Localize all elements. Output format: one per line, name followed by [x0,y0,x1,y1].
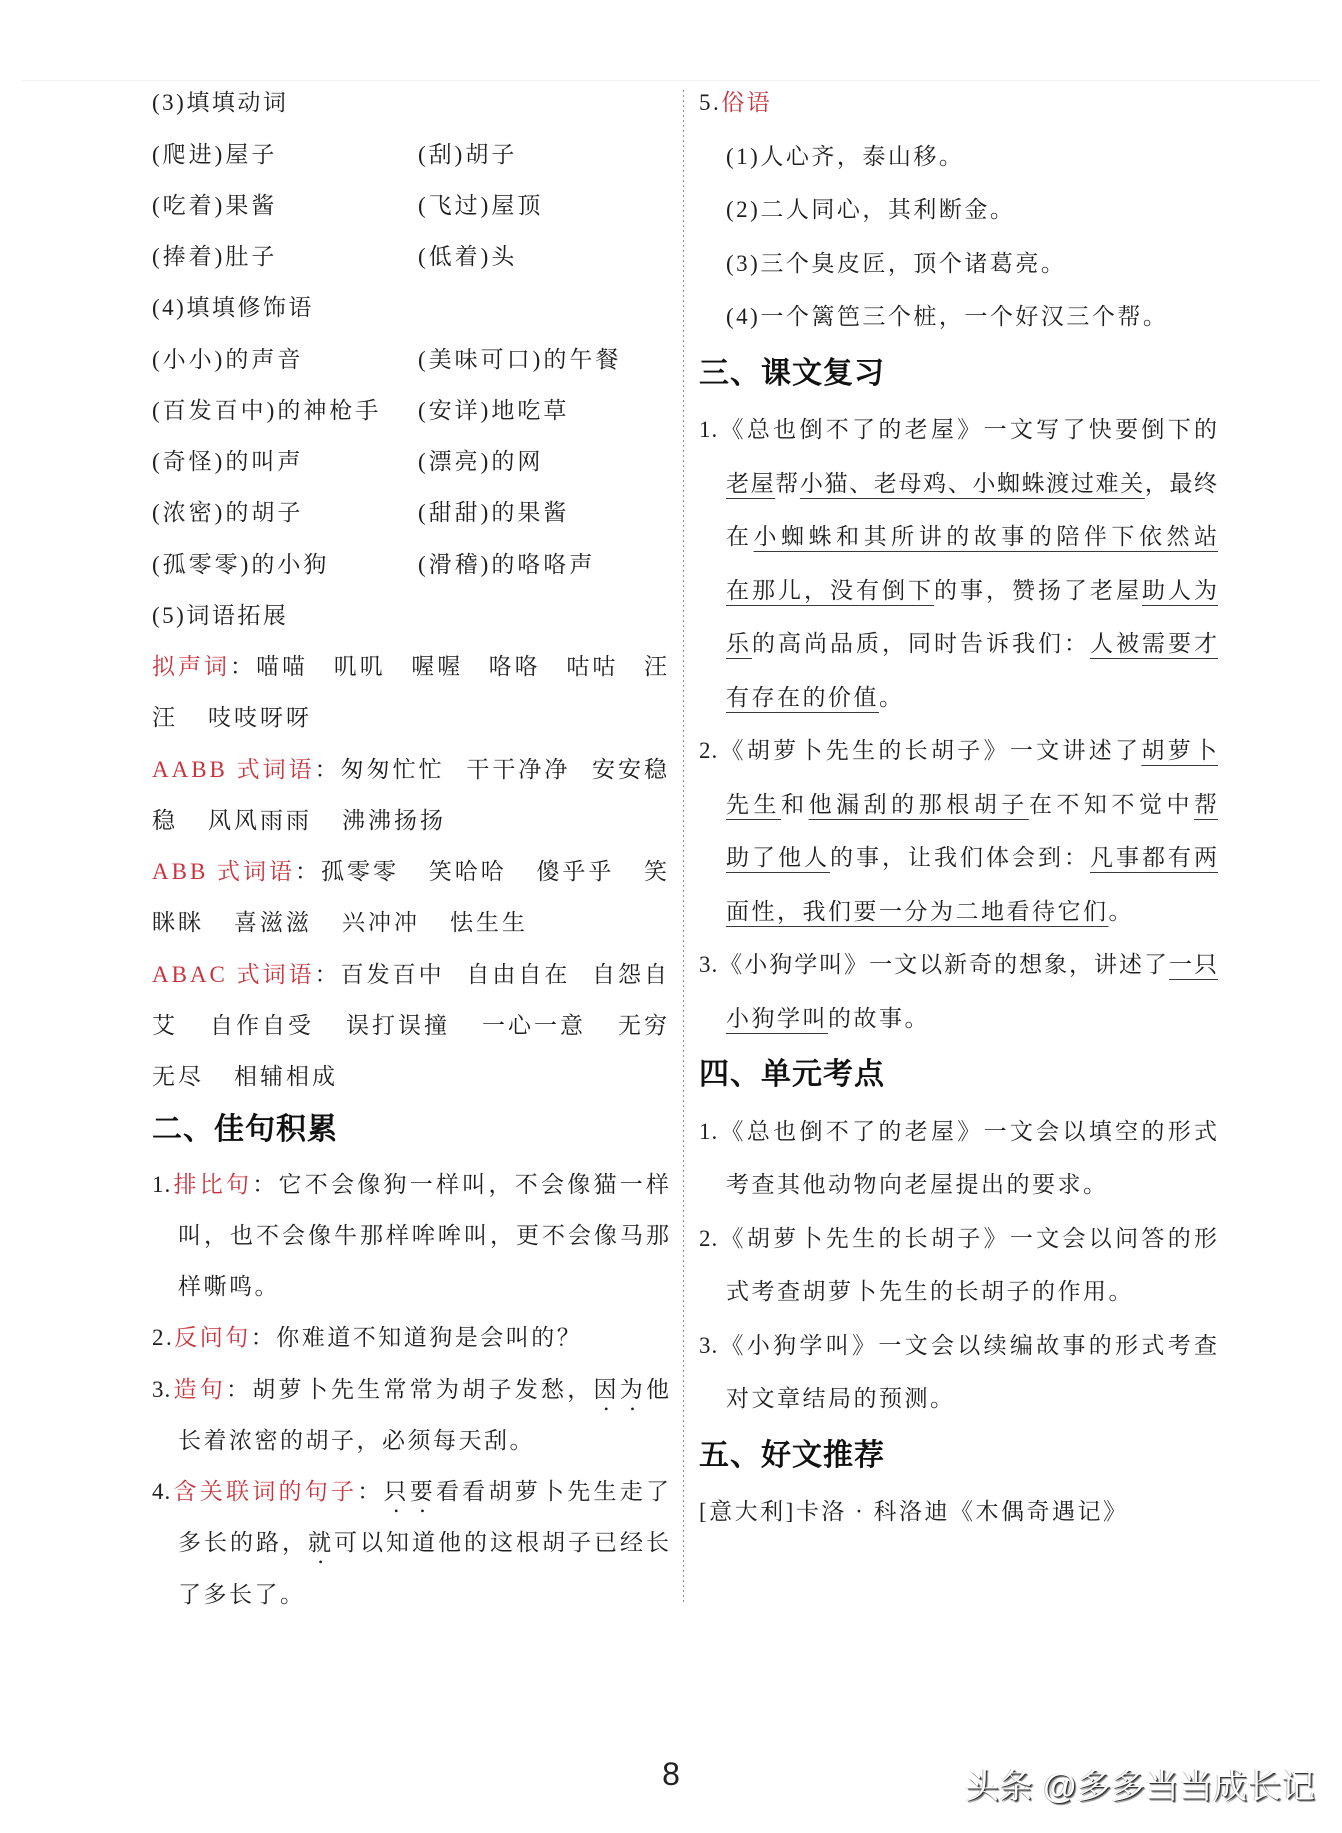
modifier-phrase: (美味可口)的午餐 [418,334,621,385]
exam-point-line: 考查其他动物向老屋提出的要求。 [699,1158,1218,1212]
sentence-line: 2.反问句：你难道不知道狗是会叫的？ [152,1312,670,1363]
verb-phrase: (低着)头 [418,231,517,282]
emphasized-word: 因为 [594,1377,647,1402]
answer-underlined: 乐 [726,631,752,656]
word: 汪 [152,692,178,743]
word-list-line: 稳 风风雨雨 沸沸扬扬 [152,795,670,846]
verb-phrase: (飞过)屋顶 [418,180,543,231]
verb-phrase: (捧着)肚子 [152,231,277,282]
sentence-text: 叫，也不会像牛那样哞哞叫，更不会像马那 [178,1223,670,1248]
answer-underlined: 先生 [726,792,781,817]
review-text: 在 [726,524,754,549]
exam-point-line: 对文章结局的预测。 [699,1372,1218,1426]
word: 兴冲冲 [342,897,420,948]
verb-phrase: (吃着)果酱 [152,180,277,231]
word: 安安稳 [592,744,670,795]
modifier-phrase: (百发百中)的神枪手 [152,385,381,436]
item-number: 4. [152,1479,171,1504]
proverb-item: (2)二人同心，其利断金。 [699,183,1218,237]
answer-underlined: 小猫、老母鸡、小蜘蛛渡过难关 [800,471,1145,496]
word-group-label: 拟声词 [152,654,230,679]
word: 自作自受 [210,1000,314,1051]
sentence-text: ：你难道不知道狗是会叫的？ [251,1325,583,1350]
word-list-line: AABB 式词语：匆匆忙忙 干干净净 安安稳 [152,744,670,795]
colon: ： [295,859,321,884]
review-line: 面性，我们要一分为二地看待它们。 [699,885,1218,939]
sentence-line: 1.排比句：它不会像狗一样叫，不会像猫一样 [152,1159,670,1210]
word: 艾 [152,1000,178,1051]
sentence-text: 了多长了。 [178,1582,306,1607]
item-number: 5. [699,90,721,115]
sentence-line: 3.造句：胡萝卜先生常常为胡子发愁，因为他 [152,1364,670,1415]
subsection-title-fill-verbs: (3)填填动词 [152,77,670,128]
item-number: 1. [699,1119,718,1144]
sentence-text: ： [357,1479,383,1504]
item-number: 3. [152,1377,171,1402]
answer-underlined: 助了他人 [726,845,830,870]
word-list-line: ABB 式词语：孤零零 笑哈哈 傻乎乎 笑 [152,846,670,897]
modifier-pair-row: (小小)的声音 (美味可口)的午餐 [152,334,670,385]
word-list-line: 拟声词：喵喵 叽叽 喔喔 咯咯 咕咕 汪 [152,641,670,692]
sentence-line: 4.含关联词的句子：只要看看胡萝卜先生走了 [152,1466,670,1517]
exam-point-line: 2.《胡萝卜先生的长胡子》一文会以问答的形 [699,1212,1218,1266]
section-heading-recommendation: 五、好文推荐 [699,1426,1218,1486]
review-text: 的事，让我们体会到： [830,845,1090,870]
answer-underlined: 助人为 [1142,578,1218,603]
word: 风风雨雨 [208,795,312,846]
review-line: 在小蜘蛛和其所讲的故事的陪伴下依然站 [699,510,1218,564]
word-group-label: AABB 式词语 [152,757,315,782]
answer-underlined: 一只 [1169,952,1218,977]
answer-underlined: 有存在的价值 [726,685,879,710]
word: 咯咯 [489,641,541,692]
exam-point-line: 式考查胡萝卜先生的长胡子的作用。 [699,1265,1218,1319]
word: 百发百中 [341,962,445,987]
review-text: 《总也倒不了的老屋》一文写了快要倒下的 [718,417,1218,442]
modifier-phrase: (甜甜)的果酱 [418,487,569,538]
item-number: 2. [699,1226,718,1251]
modifier-phrase: (浓密)的胡子 [152,487,303,538]
word-group-label: ABB 式词语 [152,859,295,884]
answer-underlined: 人被需要才 [1090,631,1218,656]
sentence-type-label: 含关联词的句子 [171,1479,357,1504]
modifier-phrase: (奇怪)的叫声 [152,436,303,487]
section-heading-text-review: 三、课文复习 [699,344,1218,404]
word-list-line: ABAC 式词语：百发百中 自由自在 自怨自 [152,949,670,1000]
watermark: 头条 @多多当当成长记 [965,1770,1315,1804]
verb-phrase: (爬进)屋子 [152,129,277,180]
left-column: (3)填填动词 (爬进)屋子 (刮)胡子 (吃着)果酱 (飞过)屋顶 (捧着)肚… [152,77,670,1619]
review-text: 的事，赞扬了老屋 [934,578,1142,603]
colon: ： [315,962,341,987]
word-group-head: 拟声词：喵喵 [152,641,308,692]
exam-point-line: 1.《总也倒不了的老屋》一文会以填空的形式 [699,1105,1218,1159]
sentence-type-label: 反问句 [174,1325,251,1350]
review-line: 2.《胡萝卜先生的长胡子》一文讲述了胡萝卜 [699,724,1218,778]
word: 干干净净 [466,744,570,795]
word: 叽叽 [334,641,386,692]
modifier-pair-row: (孤零零)的小狗 (滑稽)的咯咯声 [152,539,670,590]
word: 无穷 [618,1000,670,1051]
answer-underlined: 帮 [1194,792,1218,817]
sentence-line: 样嘶鸣。 [152,1261,670,1312]
word-group-head: AABB 式词语：匆匆忙忙 [152,744,445,795]
emphasized-word: 就 [308,1530,334,1555]
review-text: 的高尚品质，同时告诉我们： [752,631,1090,656]
review-line: 在那儿，没有倒下的事，赞扬了老屋助人为 [699,564,1218,618]
word-list-line: 汪 吱吱呀呀 [152,692,670,743]
sentence-text: ：胡萝卜先生常常为胡子发愁， [226,1377,594,1402]
section-heading-sentences: 二、佳句积累 [152,1102,670,1158]
review-line: 老屋帮小猫、老母鸡、小蜘蛛渡过难关，最终 [699,457,1218,511]
word: 匆匆忙忙 [341,757,445,782]
answer-underlined: 老屋 [726,471,775,496]
item-number: 2. [699,738,718,763]
review-text: 的故事。 [828,1006,930,1031]
proverb-item: (4)一个篱笆三个桩，一个好汉三个帮。 [699,290,1218,344]
review-line: 乐的高尚品质，同时告诉我们：人被需要才 [699,617,1218,671]
word: 汪 [644,641,670,692]
review-line: 小狗学叫的故事。 [699,992,1218,1046]
verb-phrase: (刮)胡子 [418,129,517,180]
item-number: 3. [699,1333,718,1358]
word: 无尽 [152,1051,204,1102]
exam-point-line: 3.《小狗学叫》一文会以续编故事的形式考查 [699,1319,1218,1373]
review-text: 和 [781,792,809,817]
word-list-line: 眯眯 喜滋滋 兴冲冲 怯生生 [152,897,670,948]
word-list-line: 艾 自作自受 误打误撞 一心一意 无穷 [152,1000,670,1051]
word: 怯生生 [450,897,528,948]
proverbs-label: 俗语 [721,90,772,115]
word: 吱吱呀呀 [208,692,312,743]
modifier-phrase: (孤零零)的小狗 [152,539,329,590]
word: 咕咕 [566,641,618,692]
answer-underlined: 小蜘蛛和其所讲的故事的陪伴下依然站 [754,524,1218,549]
word-group-head: ABB 式词语：孤零零 [152,846,399,897]
item-number: 2. [152,1325,174,1350]
review-text: 。 [879,685,905,710]
subsection-title-word-expansion: (5)词语拓展 [152,590,670,641]
sentence-line: 了多长了。 [152,1569,670,1620]
sentence-type-label: 造句 [171,1377,226,1402]
item-number: 3. [699,952,718,977]
sentence-line: 多长的路，就可以知道他的这根胡子已经长 [152,1517,670,1568]
review-text: 帮 [775,471,800,496]
modifier-phrase: (漂亮)的网 [418,436,543,487]
modifier-pair-row: (浓密)的胡子 (甜甜)的果酱 [152,487,670,538]
word-group-label: ABAC 式词语 [152,962,315,987]
sentence-type-label: 排比句 [171,1172,252,1197]
review-line: 先生和他漏刮的那根胡子在不知不觉中帮 [699,778,1218,832]
right-column: 5.俗语 (1)人心齐，泰山移。 (2)二人同心，其利断金。 (3)三个臭皮匠，… [699,76,1218,1539]
review-text: 《胡萝卜先生的长胡子》一文讲述了 [718,738,1141,763]
sentence-text: 长着浓密的胡子，必须每天刮。 [178,1428,535,1453]
sentence-text: ：它不会像狗一样叫，不会像猫一样 [252,1172,670,1197]
verb-pair-row: (爬进)屋子 (刮)胡子 [152,129,670,180]
column-divider [683,90,684,1605]
word: 傻乎乎 [536,846,614,897]
modifier-phrase: (安详)地吃草 [418,385,569,436]
review-line: 3.《小狗学叫》一文以新奇的想象，讲述了一只 [699,938,1218,992]
verb-pair-row: (吃着)果酱 (飞过)屋顶 [152,180,670,231]
sentence-text: 多长的路， [178,1530,308,1555]
word: 自由自在 [466,949,570,1000]
emphasized-word: 只要 [384,1479,437,1504]
word: 稳 [152,795,178,846]
exam-point-text: 《总也倒不了的老屋》一文会以填空的形式 [718,1119,1218,1144]
review-line: 1.《总也倒不了的老屋》一文写了快要倒下的 [699,403,1218,457]
colon: ： [315,757,341,782]
item-number: 1. [152,1172,171,1197]
word: 一心一意 [482,1000,586,1051]
answer-underlined: 他漏刮的那根胡子 [809,792,1029,817]
modifier-phrase: (小小)的声音 [152,334,303,385]
colon: ： [230,654,256,679]
section-heading-exam-points: 四、单元考点 [699,1045,1218,1105]
answer-underlined: 小狗学叫 [726,1006,828,1031]
sentence-text: 可以知道他的这根胡子已经长 [334,1530,670,1555]
word: 误打误撞 [346,1000,450,1051]
sentence-line: 叫，也不会像牛那样哞哞叫，更不会像马那 [152,1210,670,1261]
word: 自怨自 [592,949,670,1000]
verb-pair-row: (捧着)肚子 (低着)头 [152,231,670,282]
answer-underlined: 在那儿，没有倒下 [726,578,934,603]
word: 喔喔 [411,641,463,692]
word-list-line: 无尽 相辅相成 [152,1051,670,1102]
modifier-pair-row: (百发百中)的神枪手 (安详)地吃草 [152,385,670,436]
sentence-text: 他 [646,1377,670,1402]
word: 笑 [644,846,670,897]
exam-point-text: 《胡萝卜先生的长胡子》一文会以问答的形 [718,1226,1218,1251]
word: 喵喵 [256,654,308,679]
answer-underlined: 凡事都有两 [1090,845,1218,870]
review-text: ，最终 [1145,471,1218,496]
answer-underlined: 面性，我们要一分为二地看待它们 [726,899,1109,924]
word: 孤零零 [321,859,399,884]
recommended-book: [意大利]卡洛 · 科洛迪《木偶奇遇记》 [699,1485,1218,1539]
word: 笑哈哈 [429,846,507,897]
modifier-pair-row: (奇怪)的叫声 (漂亮)的网 [152,436,670,487]
review-line: 助了他人的事，让我们体会到：凡事都有两 [699,831,1218,885]
word: 相辅相成 [234,1051,338,1102]
proverb-item: (3)三个臭皮匠，顶个诸葛亮。 [699,237,1218,291]
word-group-head: ABAC 式词语：百发百中 [152,949,445,1000]
exam-point-text: 《小狗学叫》一文会以续编故事的形式考查 [718,1333,1218,1358]
modifier-phrase: (滑稽)的咯咯声 [418,539,595,590]
word: 沸沸扬扬 [342,795,446,846]
sentence-line: 长着浓密的胡子，必须每天刮。 [152,1415,670,1466]
review-text: 。 [1109,899,1135,924]
proverbs-title: 5.俗语 [699,76,1218,130]
answer-underlined: 胡萝卜 [1141,738,1218,763]
item-number: 1. [699,417,718,442]
review-line: 有存在的价值。 [699,671,1218,725]
proverb-item: (1)人心齐，泰山移。 [699,130,1218,184]
review-text: 《小狗学叫》一文以新奇的想象，讲述了 [718,952,1169,977]
sentence-text: 样嘶鸣。 [178,1274,280,1299]
word: 眯眯 [152,897,204,948]
subsection-title-fill-modifiers: (4)填填修饰语 [152,282,670,333]
sentence-text: 看看胡萝卜先生走了 [436,1479,670,1504]
word: 喜滋滋 [234,897,312,948]
review-text: 在不知不觉中 [1029,792,1194,817]
